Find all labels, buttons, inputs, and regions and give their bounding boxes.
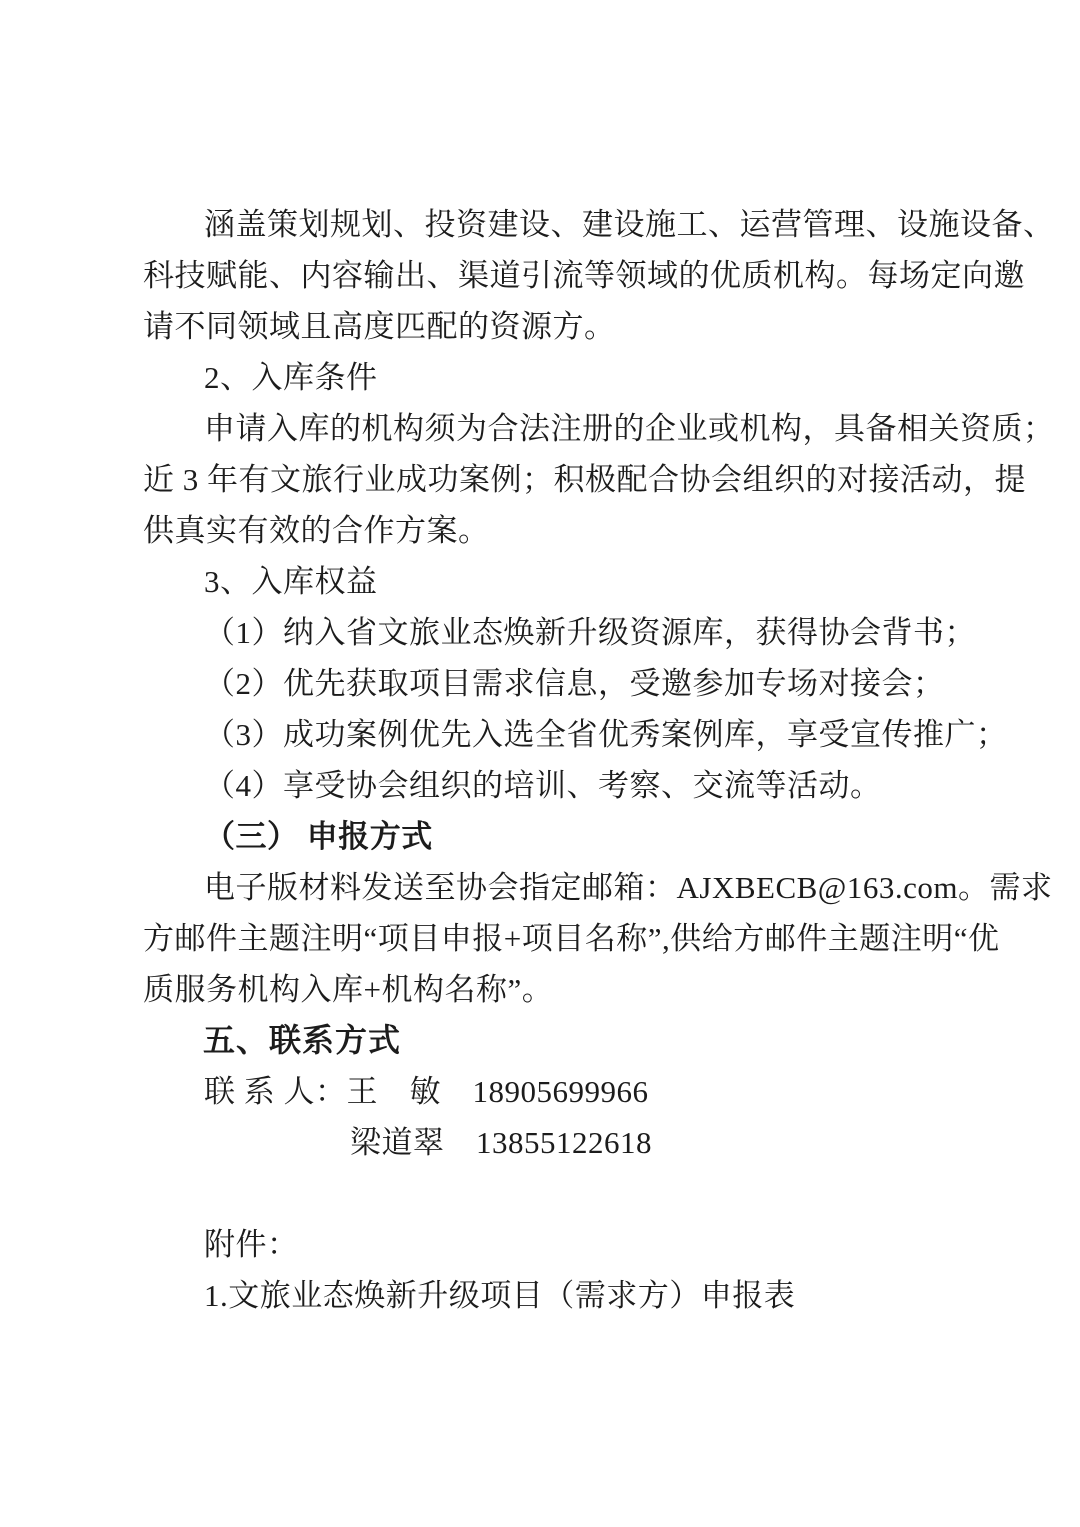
list-item-benefit-1: （1）纳入省文旅业态焕新升级资源库，获得协会背书； (143, 607, 953, 658)
para-application-line-3: 质服务机构入库+机构名称”。 (143, 964, 953, 1015)
para-entry-conditions-line-1: 申请入库的机构须为合法注册的企业或机构，具备相关资质； (143, 403, 953, 454)
para-coverage-line-1: 涵盖策划规划、投资建设、建设施工、运营管理、设施设备、 (143, 199, 953, 250)
subheading-entry-benefits: 3、入库权益 (143, 556, 953, 607)
attachment-label: 附件： (143, 1219, 953, 1270)
heading-contact-info: 五、联系方式 (143, 1015, 953, 1066)
contact-line-1: 联 系 人：王 敏 18905699966 (143, 1066, 953, 1117)
list-item-benefit-4: （4）享受协会组织的培训、考察、交流等活动。 (143, 760, 953, 811)
list-item-benefit-3: （3）成功案例优先入选全省优秀案例库，享受宣传推广； (143, 709, 953, 760)
subheading-entry-conditions: 2、入库条件 (143, 352, 953, 403)
contact-line-2: 梁道翠 13855122618 (143, 1117, 953, 1168)
para-entry-conditions-line-3: 供真实有效的合作方案。 (143, 505, 953, 556)
para-coverage-line-2: 科技赋能、内容输出、渠道引流等领域的优质机构。每场定向邀 (143, 250, 953, 301)
para-application-line-2: 方邮件主题注明“项目申报+项目名称”,供给方邮件主题注明“优 (143, 913, 953, 964)
para-coverage-line-3: 请不同领域且高度匹配的资源方。 (143, 301, 953, 352)
heading-application-method: （三） 申报方式 (143, 811, 953, 862)
attachment-item-1: 1.文旅业态焕新升级项目（需求方）申报表 (143, 1270, 953, 1321)
para-application-line-1: 电子版材料发送至协会指定邮箱：AJXBECB@163.com。需求 (143, 862, 953, 913)
para-entry-conditions-line-2: 近 3 年有文旅行业成功案例；积极配合协会组织的对接活动，提 (143, 454, 953, 505)
document-page: 涵盖策划规划、投资建设、建设施工、运营管理、设施设备、科技赋能、内容输出、渠道引… (0, 0, 1080, 1527)
document-body: 涵盖策划规划、投资建设、建设施工、运营管理、设施设备、科技赋能、内容输出、渠道引… (143, 199, 953, 1321)
blank-line (143, 1168, 953, 1219)
list-item-benefit-2: （2）优先获取项目需求信息，受邀参加专场对接会； (143, 658, 953, 709)
